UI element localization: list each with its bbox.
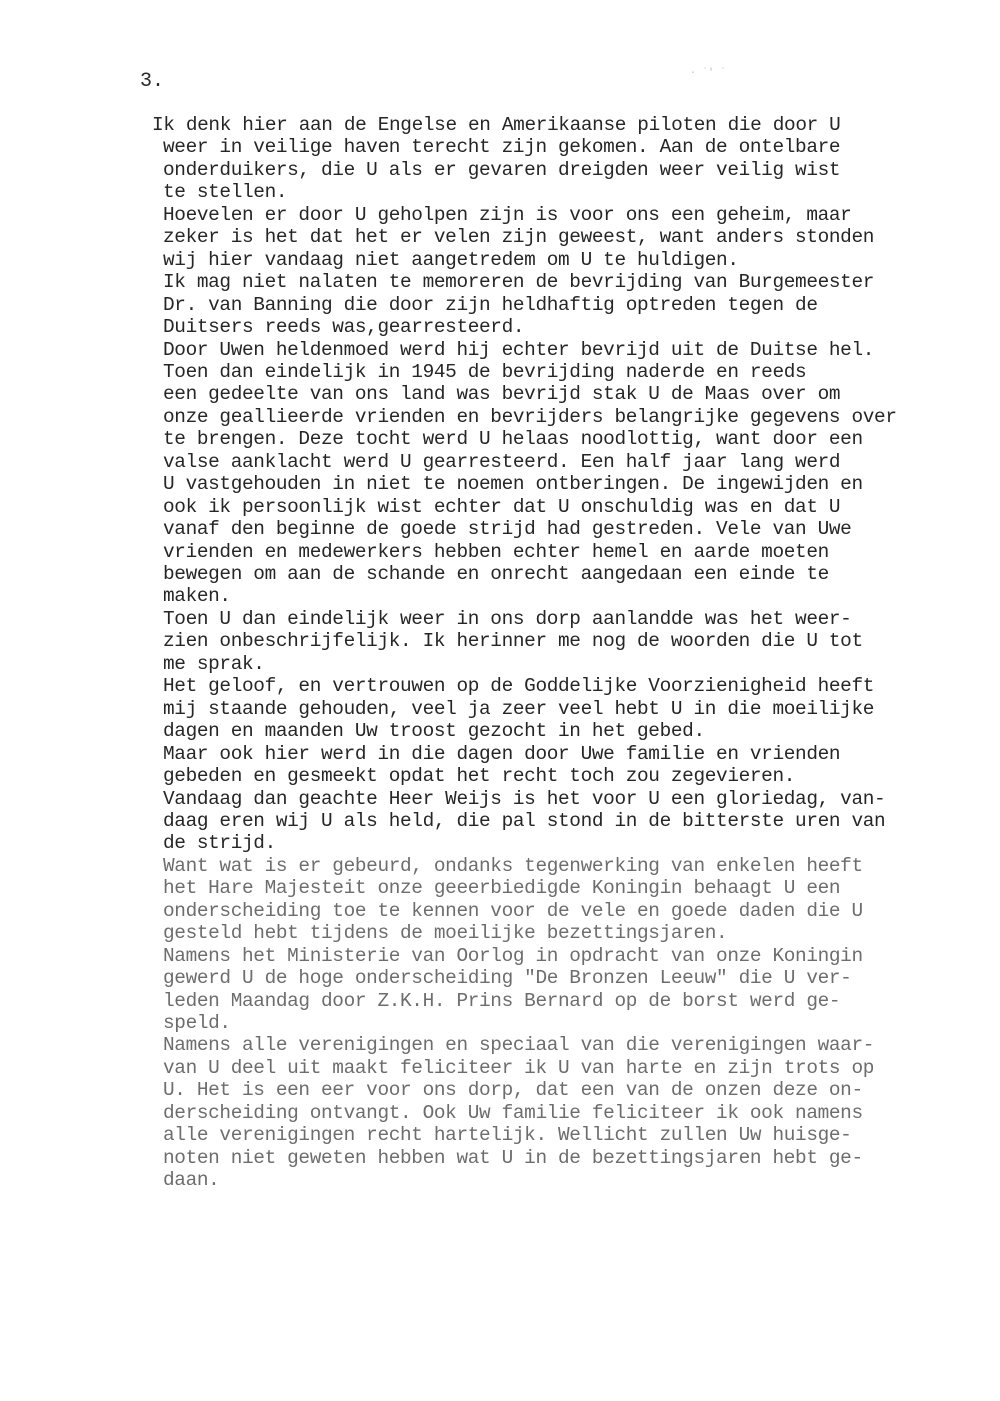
text-line: gebeden en gesmeekt opdat het recht toch…: [163, 765, 795, 787]
text-line: zeker is het dat het er velen zijn gewee…: [163, 226, 874, 248]
text-line: mij staande gehouden, veel ja zeer veel …: [163, 698, 874, 720]
text-line: alle verenigingen recht hartelijk. Welli…: [163, 1124, 851, 1146]
text-line: speld.: [163, 1012, 231, 1034]
text-line: Duitsers reeds was,gearresteerd.: [163, 316, 524, 338]
text-line: onderscheiding toe te kennen voor de vel…: [163, 900, 863, 922]
text-line: Namens het Ministerie van Oorlog in opdr…: [163, 945, 863, 967]
document-page: 3. · ˙′ ˙ Ik denk hier aan de Engelse en…: [0, 0, 1000, 1401]
text-line: Maar ook hier werd in die dagen door Uwe…: [163, 743, 840, 765]
text-line: me sprak.: [163, 653, 265, 675]
text-line: Want wat is er gebeurd, ondanks tegenwer…: [163, 855, 863, 877]
text-line: valse aanklacht werd U gearresteerd. Een…: [163, 451, 840, 473]
text-line: Toen dan eindelijk in 1945 de bevrijding…: [163, 361, 806, 383]
scan-artifact: · ˙′ ˙: [690, 68, 726, 79]
text-line: gewerd U de hoge onderscheiding "De Bron…: [163, 967, 851, 989]
text-line: zien onbeschrijfelijk. Ik herinner me no…: [163, 630, 863, 652]
text-line: daag eren wij U als held, die pal stond …: [163, 810, 885, 832]
text-line: Toen U dan eindelijk weer in ons dorp aa…: [163, 608, 851, 630]
text-line: Hoevelen er door U geholpen zijn is voor…: [163, 204, 851, 226]
text-line: derscheiding ontvangt. Ook Uw familie fe…: [163, 1102, 863, 1124]
text-line: U vastgehouden in niet te noemen ontberi…: [163, 473, 863, 495]
text-line: ook ik persoonlijk wist echter dat U ons…: [163, 496, 840, 518]
text-line: daan.: [163, 1169, 219, 1191]
text-line: Namens alle verenigingen en speciaal van…: [163, 1034, 874, 1056]
text-line: gesteld hebt tijdens de moeilijke bezett…: [163, 922, 727, 944]
text-line: U. Het is een eer voor ons dorp, dat een…: [163, 1079, 863, 1101]
text-line: leden Maandag door Z.K.H. Prins Bernard …: [163, 990, 840, 1012]
text-line: van U deel uit maakt feliciteer ik U van…: [163, 1057, 874, 1079]
text-line: Ik denk hier aan de Engelse en Amerikaan…: [152, 114, 840, 136]
text-line: Vandaag dan geachte Heer Weijs is het vo…: [163, 788, 885, 810]
text-line: Ik mag niet nalaten te memoreren de bevr…: [163, 271, 874, 293]
text-line: vanaf den beginne de goede strijd had ge…: [163, 518, 851, 540]
text-line: het Hare Majesteit onze geeerbiedigde Ko…: [163, 877, 840, 899]
text-line: de strijd.: [163, 832, 276, 854]
text-line: dagen en maanden Uw troost gezocht in he…: [163, 720, 705, 742]
text-line: bewegen om aan de schande en onrecht aan…: [163, 563, 829, 585]
text-line: onze geallieerde vrienden en bevrijders …: [163, 406, 897, 428]
text-line: Dr. van Banning die door zijn heldhaftig…: [163, 294, 818, 316]
text-line: te stellen.: [163, 181, 287, 203]
text-line: noten niet geweten hebben wat U in de be…: [163, 1147, 863, 1169]
text-line: te brengen. Deze tocht werd U helaas noo…: [163, 428, 863, 450]
page-number: 3.: [140, 70, 164, 93]
text-line: Het geloof, en vertrouwen op de Goddelij…: [163, 675, 874, 697]
text-line: een gedeelte van ons land was bevrijd st…: [163, 383, 840, 405]
text-line: onderduikers, die U als er gevaren dreig…: [163, 159, 840, 181]
text-line: vrienden en medewerkers hebben echter he…: [163, 541, 829, 563]
text-line: weer in veilige haven terecht zijn gekom…: [163, 136, 840, 158]
text-line: Door Uwen heldenmoed werd hij echter bev…: [163, 339, 874, 361]
text-line: wij hier vandaag niet aangetredem om U t…: [163, 249, 739, 271]
text-line: maken.: [163, 585, 231, 607]
